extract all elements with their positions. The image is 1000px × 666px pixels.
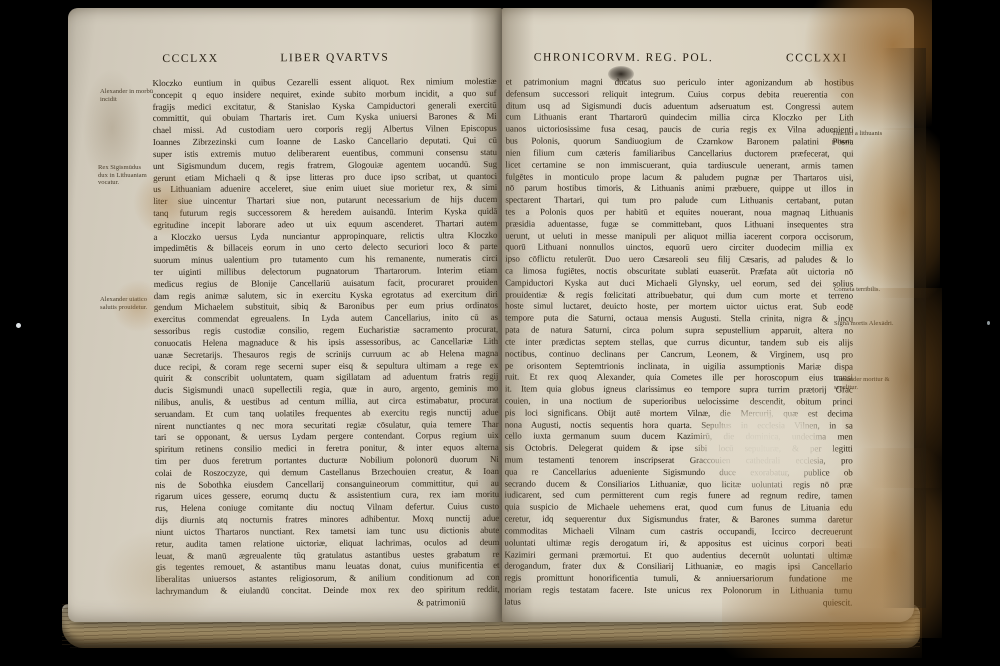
text-line: cello iuxta germanum suum ducem Kazimirū…	[505, 431, 853, 444]
right-body-text: et patrimonium magni ducatus suo pericul…	[504, 77, 853, 609]
text-line: tempore puta die Saturni, octaua mensis …	[505, 313, 853, 326]
text-line: hoste simul luctaret, deuicto hoste, per…	[505, 301, 853, 314]
text-line: nien filium cum cæteris familiaribus Can…	[505, 147, 853, 160]
text-line: spectarent Thartari, qui tum pro palude …	[505, 195, 853, 208]
text-line: latus quiescit.	[504, 596, 852, 609]
text-line: nō parum hostibus timoris, & Lithuanis a…	[505, 183, 853, 196]
text-line: ceretur, idq sequerentur dux Sigismundus…	[504, 514, 852, 527]
text-line: Campiductori Kyska aut duci Michaeli Gly…	[505, 277, 853, 290]
text-line: uerunt, ut ueluti in messe manipuli per …	[505, 230, 853, 243]
margin-note: Signa mortis Alexādri.	[834, 320, 896, 328]
text-line: prouidentiæ & regis fœlicitati attribueb…	[505, 289, 853, 302]
right-page-text: CHRONICORVM. REG. POL. CCCLXXI et patrim…	[504, 52, 853, 609]
text-line: qua re Cancellarius adueniente Sigismund…	[505, 466, 853, 479]
text-line: cum Lithuanis erant Thartarorū quindecim…	[506, 112, 854, 125]
text-line: ruit. Et rex quoq Alexander, quia Comete…	[505, 372, 853, 385]
book-spread: CCCLXX LIBER QVARTVS Kloczko euntium in …	[62, 8, 920, 648]
text-line: it. Item quia globus igneus clarissimus …	[505, 384, 853, 397]
text-line: defensum successori reliquit integrum. C…	[506, 88, 854, 101]
text-line: moriam regis testatam facere. Iste unicu…	[504, 584, 852, 597]
text-line: nona Augusti, noctis sequentis hora quar…	[505, 419, 853, 432]
text-line: bus Polonis, quorum Sandiuogium de Czarn…	[505, 136, 853, 149]
left-body-text: Kloczko euntium in quibus Cezarelli esse…	[152, 76, 499, 598]
text-line: ditum usq ad Sigismundi ducis aduentum a…	[506, 100, 854, 113]
text-line: ca limosa fugiētes, noctis obscuritate s…	[505, 266, 853, 279]
text-line: pe orisontem Septemtrionis inclinata, in…	[505, 360, 853, 373]
right-running-header: CHRONICORVM. REG. POL. CCCLXXI	[506, 52, 854, 71]
text-line: quia suspicio de Michaele uehemens erat,…	[505, 502, 853, 515]
left-catchword: & patrimoniū	[156, 596, 500, 610]
margin-note: Cometa terribilis.	[834, 286, 890, 294]
text-line: uoluntati ultimæ regis derogatum iri, & …	[504, 537, 852, 550]
text-line: licet certamine se non immiscuerant, qui…	[505, 159, 853, 172]
text-line: tes a Polonis quos per habitū et equites…	[505, 206, 853, 219]
text-line: cte inter prædictas septem stellas, que …	[505, 336, 853, 349]
text-line: couien, in una noctium de superioribus u…	[505, 395, 853, 408]
margin-note: Alexander uiatico salutis prouidetur.	[100, 296, 154, 311]
margin-note: Rex Sigismūdus dux in Lithuaniam vocatur…	[98, 164, 152, 187]
margin-note: Alexander moritur & sepelitur.	[834, 376, 892, 391]
text-line: sis Octobris. Delegerat quidem & ipse si…	[505, 443, 853, 456]
text-line: uanos uictoriosissime fusa cesaq, paucis…	[506, 124, 854, 137]
margin-note: Alexander in morbū incidit	[100, 88, 154, 103]
left-folio-number: CCCLXX	[162, 53, 218, 65]
margin-note: Thartari a lithuanis pfligati	[832, 130, 892, 145]
text-line: mum testamenti tenorem inscripserat Grac…	[505, 455, 853, 468]
dust-speck	[16, 323, 21, 328]
text-line: secrando ducem & Consiliarios Lithuaniæ,…	[505, 478, 853, 491]
left-running-title: LIBER QVARTVS	[280, 52, 389, 65]
text-line: præsidia aduentasse, fugæ se committeban…	[505, 218, 853, 231]
text-line: pata de natura Saturni, circa polum supr…	[505, 325, 853, 338]
left-running-header: CCCLXX LIBER QVARTVS	[152, 51, 496, 71]
left-page-text: CCCLXX LIBER QVARTVS Kloczko euntium in …	[152, 51, 499, 610]
text-line: commoditas Michaeli Vilnam cum castris o…	[504, 525, 852, 538]
text-line: ipso cōflictu retulerūt. Duo uero Cæsare…	[505, 254, 853, 267]
text-line: fulgētes in monticulo prope lacum & palu…	[505, 171, 853, 184]
right-running-title: CHRONICORVM. REG. POL.	[534, 52, 714, 64]
dust-speck	[987, 321, 990, 325]
text-line: Kazimiri germani præmortui. Et quo auden…	[504, 549, 852, 562]
text-line: derogandum, frater dux & Consiliarij Lit…	[504, 561, 852, 574]
right-folio-number: CCCLXXI	[786, 52, 848, 64]
text-line: iudicarent, sed cum permitterent cum reg…	[505, 490, 853, 503]
text-line: quorū Lithuani nonnullos uinctos, equorū…	[505, 242, 853, 255]
text-line: regis promittunt honorificentia tumuli, …	[504, 573, 852, 586]
text-line: et patrimonium magni ducatus suo pericul…	[506, 77, 854, 90]
text-line: pis loci significans. Obijt autē mortem …	[505, 407, 853, 420]
photo-of-open-book: CCCLXX LIBER QVARTVS Kloczko euntium in …	[0, 0, 1000, 666]
text-line: noctibus, continuo declinans per Cancrum…	[505, 348, 853, 361]
